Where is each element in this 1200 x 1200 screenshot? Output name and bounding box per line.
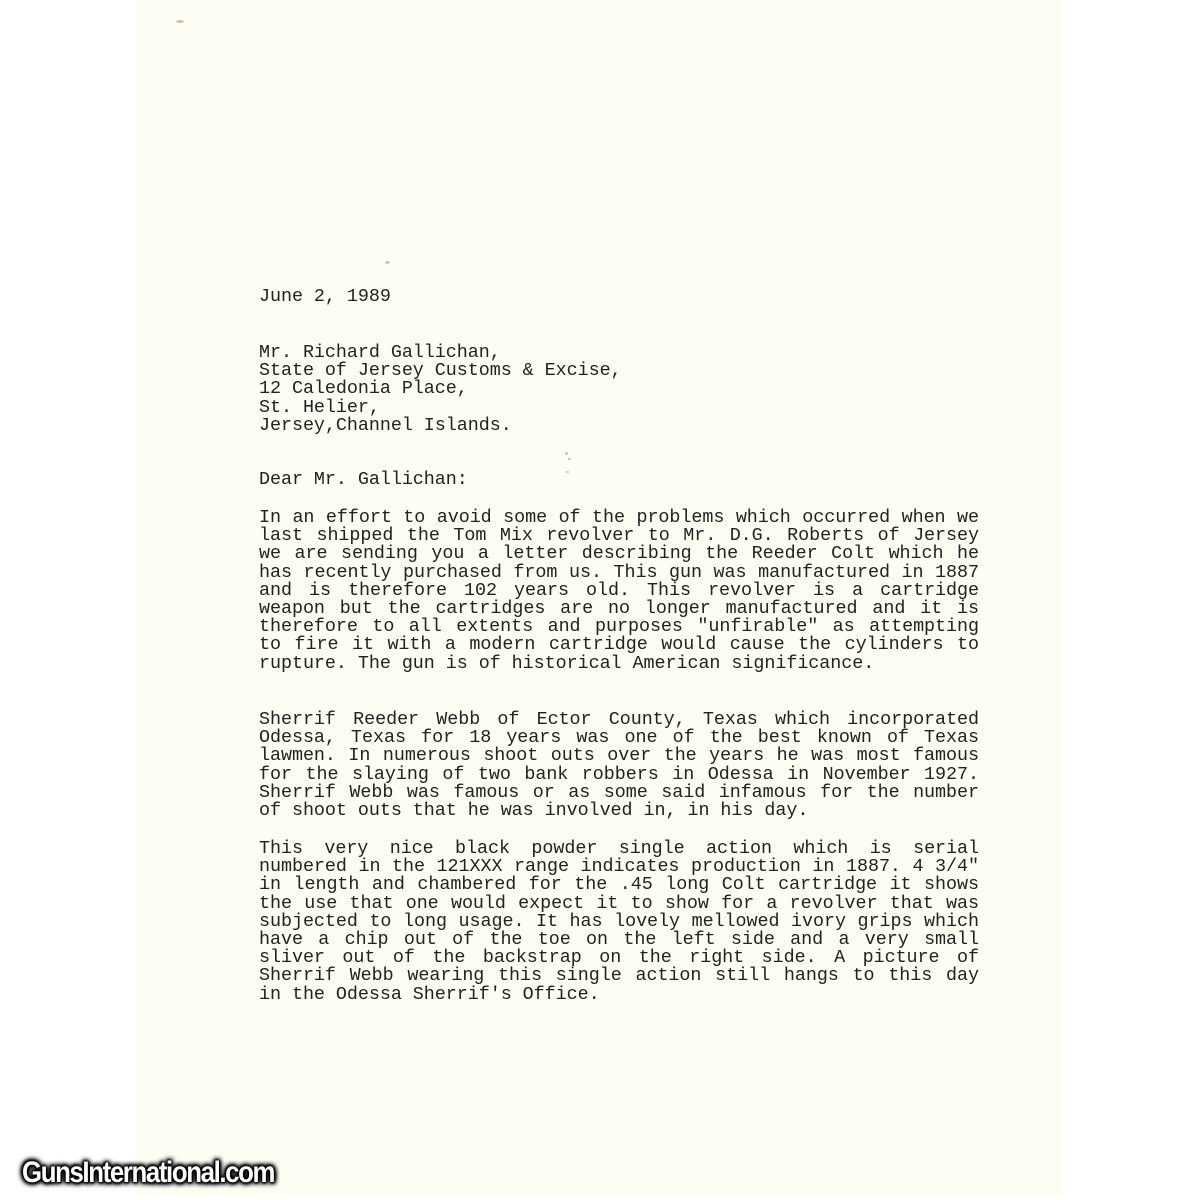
paragraph-history: Sherrif Reeder Webb of Ector County, Tex… [259, 711, 979, 820]
recipient-region: Jersey,Channel Islands. [259, 417, 622, 435]
paragraph-intro: In an effort to avoid some of the proble… [259, 509, 979, 673]
letter-date: June 2, 1989 [259, 288, 391, 306]
recipient-street: 12 Caledonia Place, [259, 380, 622, 398]
site-watermark-logo: GunsInternational.com [22, 1156, 274, 1190]
recipient-address: Mr. Richard Gallichan, State of Jersey C… [259, 344, 622, 435]
paragraph-description: This very nice black powder single actio… [259, 840, 979, 1004]
paper-speck [565, 452, 568, 455]
paper-speck [385, 261, 390, 264]
salutation: Dear Mr. Gallichan: [259, 471, 468, 489]
paper-speck [566, 471, 569, 473]
paper-speck [176, 20, 184, 23]
paper-speck [568, 458, 571, 460]
